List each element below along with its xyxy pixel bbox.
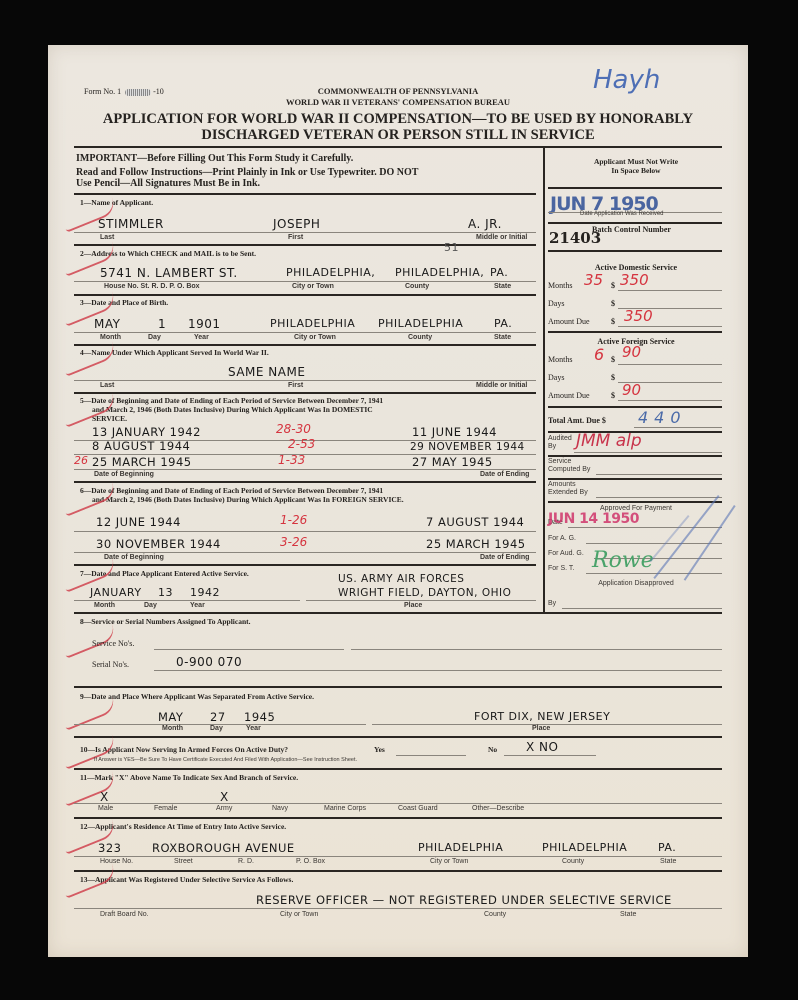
divider [618,326,722,327]
office-heading-2: In Space Below [546,166,726,175]
total-amount-label: Total Amt. Due $ [548,416,606,425]
active-duty-yes-label: Yes [374,745,385,754]
domestic-calc-2: 2-53 [288,437,315,451]
applicant-first-name: JOSEPH [273,217,320,231]
foreign-calc-1: 1-26 [280,513,307,527]
label-middle: Middle or Initial [476,234,527,241]
domestic-calc-1: 28-30 [276,422,311,436]
domestic-end-2: 29 NOVEMBER 1944 [410,441,525,453]
birth-state: PA. [494,317,512,330]
batch-control-label: Batch Control Number [592,225,671,234]
label-city: City or Town [292,283,334,290]
label-street: Street [174,858,193,865]
divider [548,455,722,457]
divider [586,573,722,574]
divider [74,481,536,483]
foreign-begin-2: 30 NOVEMBER 1944 [96,537,221,551]
applicant-last-name: STIMMLER [98,217,164,231]
label-year: Year [190,602,205,609]
office-heading-1: Applicant Must Not Write [546,157,726,166]
separation-place: FORT DIX, NEW JERSEY [474,710,610,723]
foreign-end-2: 25 MARCH 1945 [426,537,526,551]
residence-street: ROXBOROUGH AVENUE [152,841,295,855]
approved-date-stamp: JUN 14 1950 [548,511,639,527]
s6-heading-1: 6—Date of Beginning and Date of Ending o… [80,486,383,495]
active-duty-no-field [504,755,596,756]
foreign-begin-1: 12 JUNE 1944 [96,515,181,529]
divider [548,478,722,480]
divider [74,768,722,770]
foreign-months-amount: 90 [622,343,641,361]
foreign-months-value: 6 [594,345,604,364]
label-day: Day [144,602,157,609]
separation-month: MAY [158,710,183,724]
label-city: City or Town [280,911,318,918]
serial-numbers-label: Serial No's. [92,660,129,669]
label-date-ending: Date of Ending [480,554,529,561]
address-annotation: 51 [444,241,459,254]
option-coast-guard: Coast Guard [398,805,438,812]
label-middle: Middle or Initial [476,382,527,389]
divider [634,427,722,428]
domestic-months-label: Months [548,281,572,290]
divider [568,527,722,528]
computed-label-1: Service [548,458,571,465]
divider [74,908,722,909]
mail-state: PA. [490,266,508,279]
domestic-begin-3: 25 MARCH 1945 [92,455,192,469]
option-other: Other—Describe [472,805,524,812]
currency-sign: $ [611,281,615,290]
divider [74,564,536,566]
instructions-line-3: Use Pencil—All Signatures Must Be in Ink… [76,178,260,189]
label-last: Last [100,382,114,389]
for-aud-g-label: For Aud. G. [548,550,584,557]
label-month: Month [100,334,121,341]
label-draft-board: Draft Board No. [100,911,149,918]
agency-line-2: WORLD WAR II VETERANS' COMPENSATION BURE… [48,97,748,107]
domestic-days-label: Days [548,299,564,308]
divider [74,600,300,601]
label-county: County [562,858,584,865]
birth-city: PHILADELPHIA [270,317,355,330]
office-column-divider [543,146,545,613]
label-county: County [408,334,432,341]
divider [74,552,536,553]
auditor-signature: JMM alp [576,431,642,451]
divider [74,294,536,296]
extended-label-2: Extended By [548,489,588,496]
total-amount-value: 440 [638,408,687,427]
divider [548,222,722,224]
label-date-beginning: Date of Beginning [94,471,154,478]
divider [74,244,536,246]
divider [548,406,722,408]
serial-number: 0-900 070 [176,655,242,669]
residence-county: PHILADELPHIA [542,841,627,854]
active-duty-note: If Answer is YES—Be Sure To Have Certifi… [94,757,357,763]
st-signature: Rowe [592,548,654,573]
option-female: Female [154,805,177,812]
label-county: County [405,283,429,290]
divider [74,344,536,346]
label-month: Month [162,725,183,732]
label-first: First [288,382,303,389]
divider [562,608,722,609]
domestic-months-value: 35 [584,271,603,289]
divider [618,400,722,401]
divider [74,531,536,532]
computed-label-2: Computed By [548,466,590,473]
birth-year: 1901 [188,317,221,331]
birth-county: PHILADELPHIA [378,317,463,330]
extended-label-1: Amounts [548,481,576,488]
for-ag-label: For A. G. [548,535,576,542]
s13-heading: 13—Applicant Was Registered Under Select… [80,875,293,884]
mail-street: 5741 N. LAMBERT ST. [100,266,238,280]
form-title-line-2: DISCHARGED VETERAN OR PERSON STILL IN SE… [48,127,748,144]
birth-month: MAY [94,317,120,331]
currency-sign: $ [611,391,615,400]
divider [74,332,536,333]
entry-month: JANUARY [90,586,142,599]
divider [618,364,722,365]
label-year: Year [246,725,261,732]
option-navy: Navy [272,805,288,812]
label-street: House No. St. R. D. P. O. Box [104,283,200,290]
separation-day: 27 [210,710,226,724]
divider [154,649,344,650]
instructions-line-1: IMPORTANT—Before Filling Out This Form S… [76,153,353,164]
label-day: Day [210,725,223,732]
residence-house: 323 [98,841,121,855]
domestic-end-1: 11 JUNE 1944 [412,425,497,439]
foreign-due-label: Amount Due [548,391,590,400]
domestic-end-3: 27 MAY 1945 [412,455,493,469]
domestic-margin-note: 26 [74,454,88,467]
divider [548,187,722,189]
birth-day: 1 [158,317,166,331]
option-army: Army [216,805,232,812]
divider [618,290,722,291]
currency-sign: $ [611,317,615,326]
batch-control-number: 21403 [549,229,601,247]
divider [548,331,722,333]
divider [574,452,722,453]
header-divider [74,146,722,148]
divider [74,612,722,614]
s6-heading-2: and March 2, 1946 (Both Dates Inclusive)… [92,495,404,504]
option-marine-corps: Marine Corps [324,805,366,812]
mark-army: X [220,790,229,804]
active-duty-no-label: No [488,745,497,754]
service-numbers-label: Service No's. [92,639,134,648]
red-check-mark [61,341,118,376]
for-st-label: For S. T. [548,565,574,572]
currency-sign: $ [611,299,615,308]
divider [74,469,536,470]
label-house-no: House No. [100,858,133,865]
separation-year: 1945 [244,710,275,724]
domestic-due-amount: 350 [624,307,653,325]
divider [74,281,536,282]
foreign-due-amount: 90 [622,381,641,399]
foreign-end-1: 7 AUGUST 1944 [426,515,524,529]
disapproved-by-label: By [548,600,556,607]
active-duty-yes-field [396,755,466,756]
s5-heading-2: and March 2, 1946 (Both Dates Inclusive)… [92,405,373,414]
divider [74,803,722,804]
instructions-line-2: Read and Follow Instructions—Print Plain… [76,167,418,178]
service-name: SAME NAME [228,365,305,379]
applicant-middle-name: A. JR. [468,217,502,231]
label-state: State [620,911,636,918]
domestic-begin-2: 8 AUGUST 1944 [92,439,190,453]
label-po-box: P. O. Box [296,858,325,865]
label-city: City or Town [430,858,468,865]
label-year: Year [194,334,209,341]
label-last: Last [100,234,114,241]
divider [596,474,722,475]
label-first: First [288,234,303,241]
selective-service-status: RESERVE OFFICER — NOT REGISTERED UNDER S… [256,893,672,907]
divider [74,232,536,233]
label-city: City or Town [294,334,336,341]
entry-place-line-1: US. ARMY AIR FORCES [338,573,464,585]
form-title-line-1: APPLICATION FOR WORLD WAR II COMPENSATIO… [48,111,748,128]
domestic-months-amount: 350 [620,271,649,289]
divider [154,670,722,671]
label-state: State [494,283,511,290]
divider [548,501,722,503]
domestic-calc-3: 1-33 [278,453,305,467]
option-male: Male [98,805,113,812]
residence-state: PA. [658,841,676,854]
divider [306,600,536,601]
label-month: Month [94,602,115,609]
mail-city: PHILADELPHIA, [286,266,375,279]
label-county: County [484,911,506,918]
foreign-days-label: Days [548,373,564,382]
currency-sign: $ [611,373,615,382]
entry-place-line-2: WRIGHT FIELD, DAYTON, OHIO [338,587,511,599]
divider [586,543,722,544]
received-date-label: Date Application Was Received [580,211,664,217]
currency-sign: $ [611,355,615,364]
label-date-ending: Date of Ending [480,471,529,478]
divider [596,497,722,498]
label-state: State [660,858,676,865]
application-form: Form No. 1 -10 COMMONWEALTH OF PENNSYLVA… [48,45,748,957]
audited-label-2: By [548,443,556,450]
disapproved-title: Application Disapproved [546,580,726,587]
divider [74,193,536,195]
s5-heading-1: 5—Date of Beginning and Date of Ending o… [80,396,383,405]
label-place: Place [532,725,550,732]
divider [548,250,722,252]
label-rd: R. D. [238,858,254,865]
active-duty-no-value: X NO [526,740,558,754]
label-day: Day [148,334,161,341]
label-state: State [494,334,511,341]
divider [74,686,722,688]
divider [74,817,722,819]
divider [351,649,722,650]
entry-year: 1942 [190,586,220,599]
residence-city: PHILADELPHIA [418,841,503,854]
domestic-due-label: Amount Due [548,317,590,326]
label-place: Place [404,602,422,609]
audited-label-1: Audited [548,435,572,442]
domestic-begin-1: 13 JANUARY 1942 [92,425,201,439]
entry-day: 13 [158,586,173,599]
divider [74,736,722,738]
s9-heading: 9—Date and Place Where Applicant Was Sep… [80,692,314,701]
divider [74,870,722,872]
corner-signature: Hayh [593,65,660,95]
divider [74,380,536,381]
foreign-months-label: Months [548,355,572,364]
divider [74,856,722,857]
divider [74,392,536,394]
foreign-calc-2: 3-26 [280,535,307,549]
mark-male: X [100,790,109,804]
mail-county: PHILADELPHIA, [395,266,484,279]
